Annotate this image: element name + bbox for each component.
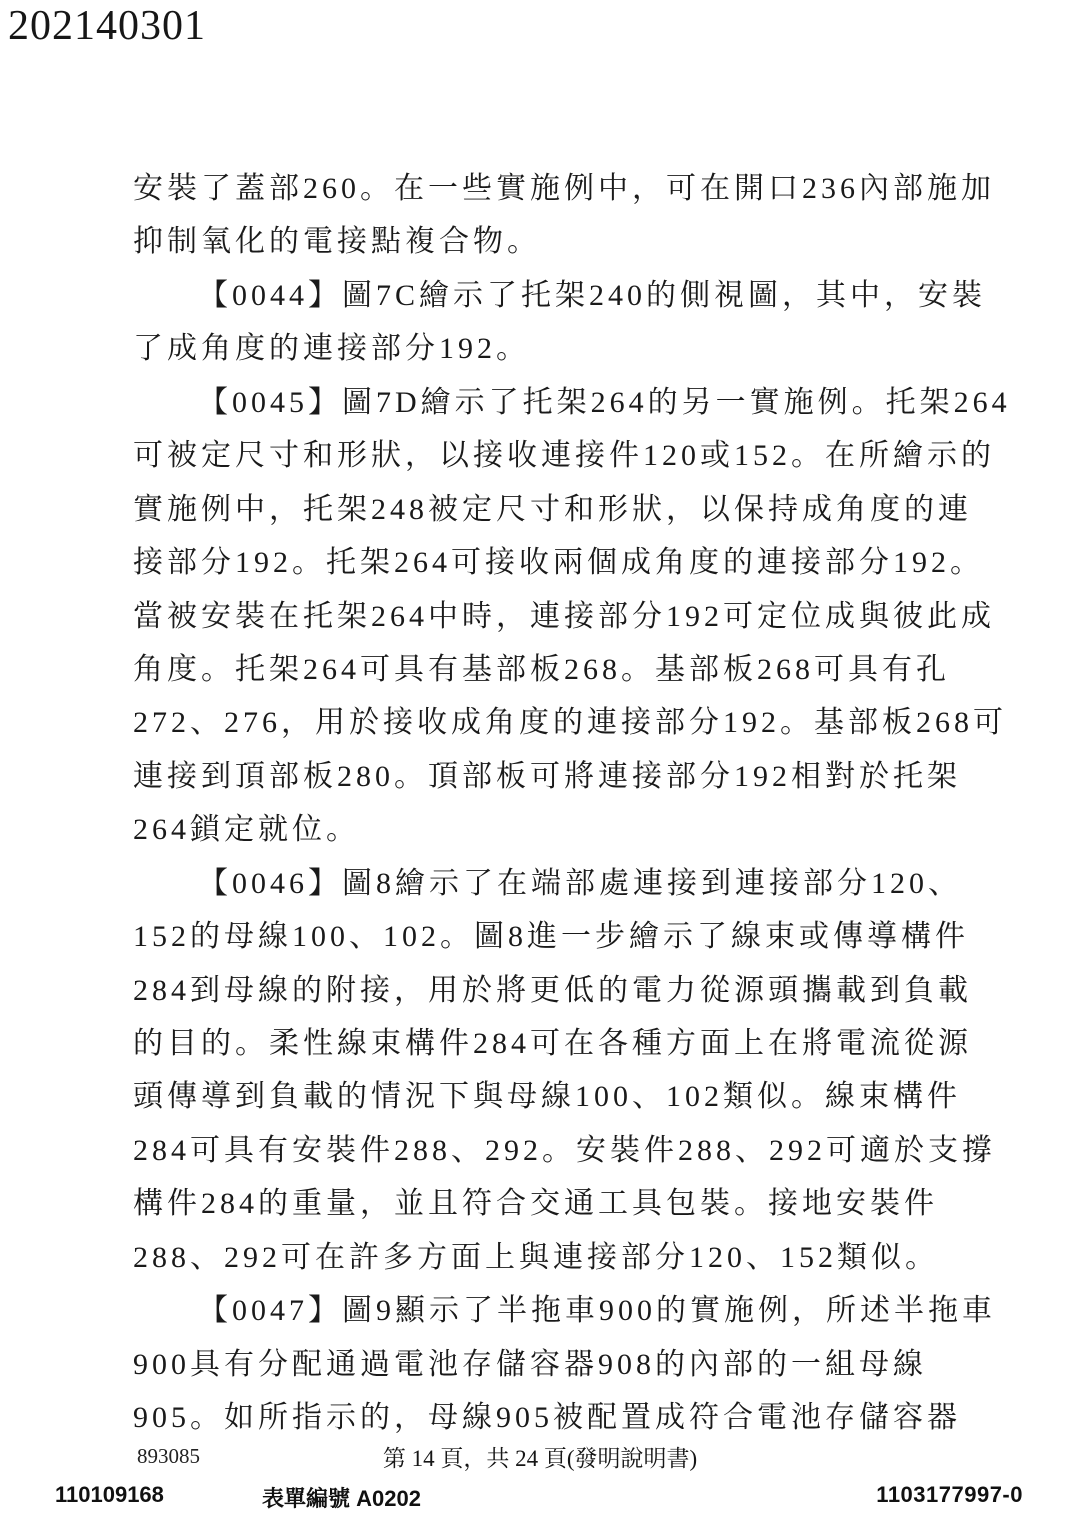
text-line: 連接到頂部板280。頂部板可將連接部分192相對於托架	[133, 750, 965, 803]
footer-form-number: 表單編號 A0202	[262, 1482, 421, 1513]
text-line: 抑制氧化的電接點複合物。	[133, 215, 965, 268]
footer-page-info: 第 14 頁，共 24 頁(發明說明書)	[0, 1440, 1080, 1473]
publication-number: 202140301	[8, 2, 206, 50]
text-line: 角度。托架264可具有基部板268。基部板268可具有孔	[133, 643, 965, 696]
text-line-paragraph-0046: 【0046】圖8繪示了在端部處連接到連接部分120、	[133, 857, 965, 910]
text-line: 272、276，用於接收成角度的連接部分192。基部板268可	[133, 696, 965, 749]
text-line: 288、292可在許多方面上與連接部分120、152類似。	[133, 1231, 965, 1284]
patent-document-page: 202140301 安裝了蓋部260。在一些實施例中，可在開口236內部施加 抑…	[0, 0, 1080, 1526]
text-line: 安裝了蓋部260。在一些實施例中，可在開口236內部施加	[133, 162, 965, 215]
text-line: 284可具有安裝件288、292。安裝件288、292可適於支撐	[133, 1124, 965, 1177]
text-line: 頭傳導到負載的情況下與母線100、102類似。線束構件	[133, 1070, 965, 1123]
text-line-paragraph-0045: 【0045】圖7D繪示了托架264的另一實施例。托架264	[133, 376, 1065, 429]
text-line: 152的母線100、102。圖8進一步繪示了線束或傳導構件	[133, 910, 965, 963]
text-line: 可被定尺寸和形狀，以接收連接件120或152。在所繪示的	[133, 429, 965, 482]
text-line-paragraph-0044: 【0044】圖7C繪示了托架240的側視圖，其中，安裝	[133, 269, 965, 322]
text-line: 905。如所指示的，母線905被配置成符合電池存儲容器	[133, 1391, 965, 1444]
footer-application-number: 110109168	[55, 1482, 164, 1508]
text-line: 了成角度的連接部分192。	[133, 322, 965, 375]
text-line: 的目的。柔性線束構件284可在各種方面上在將電流從源	[133, 1017, 965, 1070]
footer-right-number: 1103177997-0	[876, 1482, 1023, 1508]
text-line: 264鎖定就位。	[133, 803, 965, 856]
text-line: 284到母線的附接，用於將更低的電力從源頭攜載到負載	[133, 964, 965, 1017]
text-line-paragraph-0047: 【0047】圖9顯示了半拖車900的實施例，所述半拖車	[133, 1284, 965, 1337]
text-line: 900具有分配通過電池存儲容器908的內部的一組母線	[133, 1338, 965, 1391]
text-line: 構件284的重量，並且符合交通工具包裝。接地安裝件	[133, 1177, 965, 1230]
text-line: 實施例中，托架248被定尺寸和形狀，以保持成角度的連	[133, 483, 965, 536]
text-line: 當被安裝在托架264中時，連接部分192可定位成與彼此成	[133, 590, 965, 643]
text-line: 接部分192。托架264可接收兩個成角度的連接部分192。	[133, 536, 965, 589]
description-text-block: 安裝了蓋部260。在一些實施例中，可在開口236內部施加 抑制氧化的電接點複合物…	[133, 162, 965, 1445]
